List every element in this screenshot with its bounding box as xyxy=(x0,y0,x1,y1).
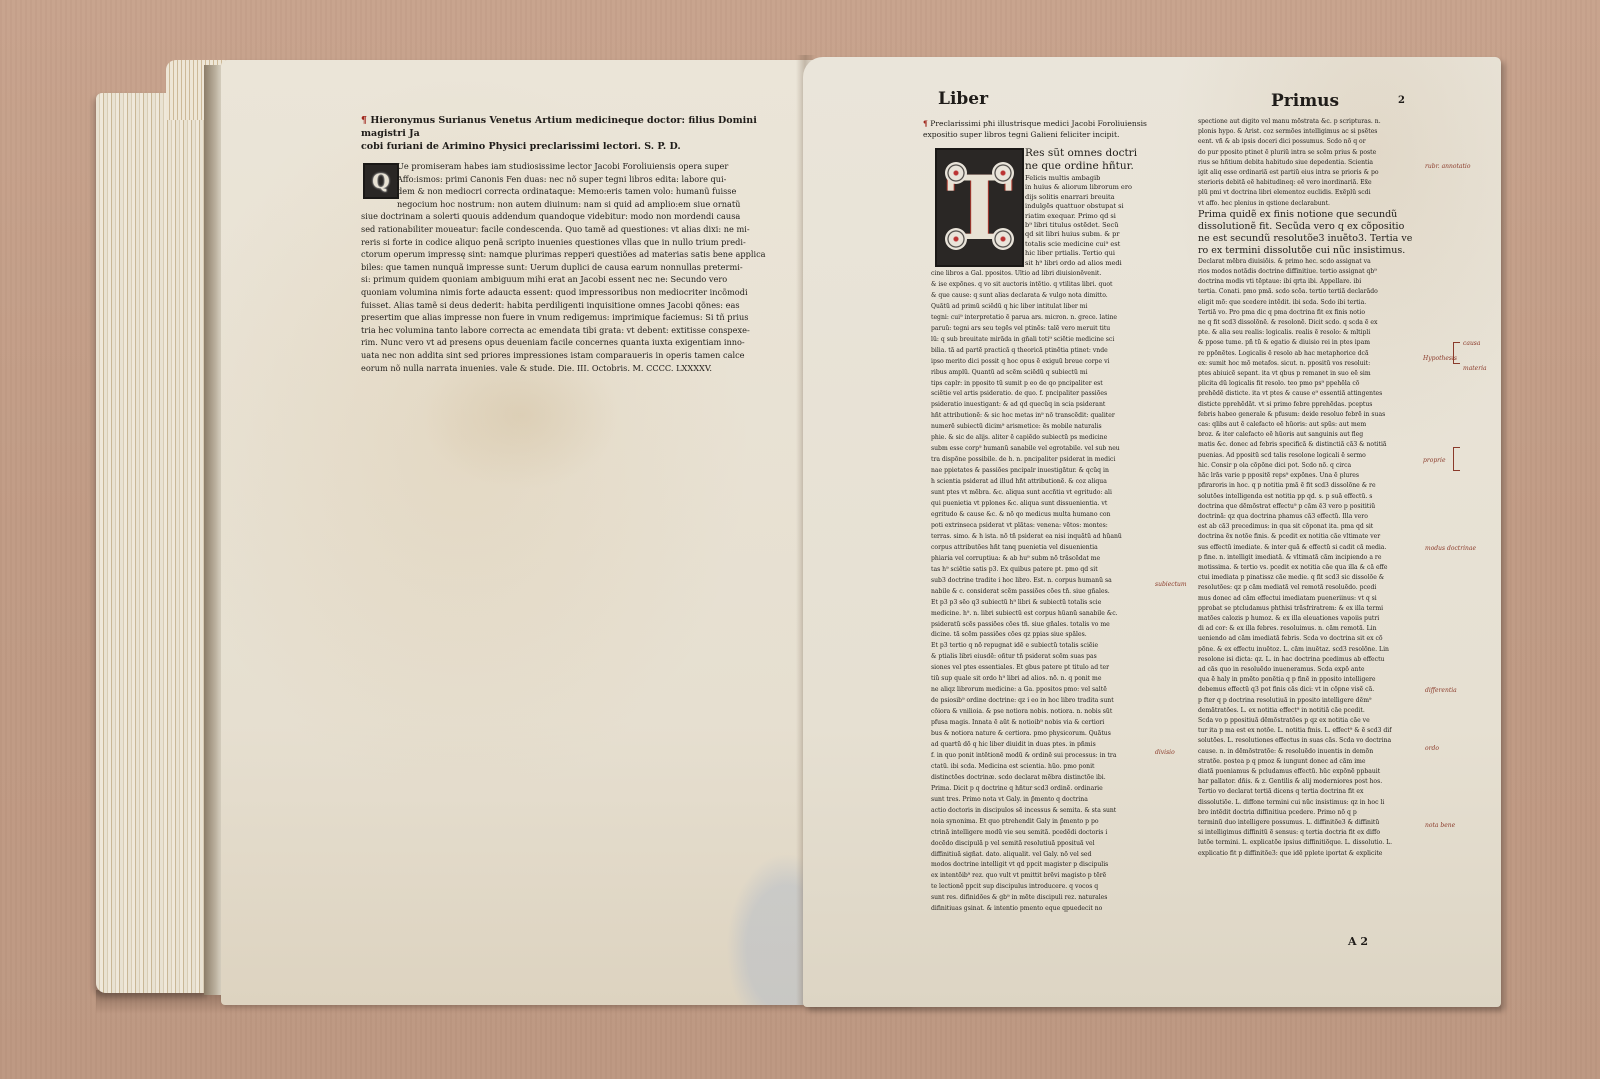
column-b: spectione aut digito vel manu mõstrata &… xyxy=(1198,117,1423,859)
flower-ornament-icon xyxy=(992,228,1014,250)
text-line: & ppose tume. pñ tũ & egatio & diuisio r… xyxy=(1198,338,1423,348)
text-line: resolutões: qz p cãm mediatã vel remotã … xyxy=(1198,583,1423,593)
column-a-beside-initial: Felicis multis ambagib in huius & alioru… xyxy=(1025,174,1150,268)
text-line: rim. Nunc vero vt ad presens opus deueni… xyxy=(361,336,781,349)
text-line: de psiosib⁹ ordine doctrine: qz i eo in … xyxy=(931,696,1151,707)
text-line: in huius & aliorum librorum ero xyxy=(1025,183,1150,192)
text-line: poti extrinseca psiderat vt plãtas: vene… xyxy=(931,521,1151,532)
text-line: bilia. tã ad partẽ practicã q theoricã p… xyxy=(931,346,1151,357)
text-line: Prima quidẽ ex finis notione que secundũ xyxy=(1198,209,1423,221)
text-line: p fter q p doctrina resolutiuã in pposit… xyxy=(1198,696,1423,706)
text-line: cause. n. in dẽmõstratõe: & resoluẽdo in… xyxy=(1198,747,1423,757)
text-line: stratõe. postea p q pmoz & iungunt donec… xyxy=(1198,757,1423,767)
text-line: disticte pprehẽdãt. vt si primo febre pp… xyxy=(1198,400,1423,410)
signature-mark: A 2 xyxy=(1348,935,1368,948)
text-line: Res sũt omnes doctri xyxy=(1025,147,1150,160)
text-line: qd sit libri huius subm. & pr xyxy=(1025,230,1150,239)
text-line: numerẽ subiectũ dicim⁹ arismetice: ẽs mo… xyxy=(931,422,1151,433)
text-line: psideratũ scẽs passiões cões tñ. siue gñ… xyxy=(931,620,1151,631)
text-line: riatim exequar. Primo qd si xyxy=(1025,212,1150,221)
flower-ornament-icon xyxy=(945,162,967,184)
running-head-primus: Primus xyxy=(1271,91,1339,111)
text-line: siue doctrinam a solerti quouis addendum… xyxy=(361,210,781,223)
text-line: diatã pueniamus & pcludamus effectũ. hũc… xyxy=(1198,767,1423,777)
text-line: plicita dũ logicalis fit resolo. teo pmo… xyxy=(1198,379,1423,389)
text-line: biles: que tamen nunquã impresse sunt: U… xyxy=(361,261,781,274)
heading-line-2: cobi furiani de Arimino Physici preclari… xyxy=(361,141,791,154)
right-page: Liber Primus 2 ¶ Preclarissimi pħi illus… xyxy=(803,57,1501,1007)
text-line: doctrinã: qz qua doctrina phamus cã3 eff… xyxy=(1198,512,1423,522)
text-line: tas h⁹ sciẽtie satis p3. Ex quibus pater… xyxy=(931,565,1151,576)
text-line: ctui imediata p pinatissz cãe medie. q f… xyxy=(1198,573,1423,583)
text-line: ctatũ. ibi scda. Medicina est scientia. … xyxy=(931,762,1151,773)
text-line: reris si forte in codice aliquo penã scr… xyxy=(361,236,781,249)
text-line: ptes abiuicẽ sepant. ita vt qbus p reman… xyxy=(1198,369,1423,379)
text-line: resolone isi dicta: qz. L. in hac doctri… xyxy=(1198,655,1423,665)
incipit: ¶ Preclarissimi pħi illustrisque medici … xyxy=(923,119,1148,140)
text-line: si: primum quidem quoniam ambiguum mihi … xyxy=(361,273,781,286)
text-line: plũ pmi vt doctrina libri elementoz eucl… xyxy=(1198,188,1423,198)
text-line: p fine. n. intelligit imediatã. & vltima… xyxy=(1198,553,1423,563)
running-head-liber: Liber xyxy=(938,89,988,109)
text-line: broz. & iter calefacto eẽ hũoris aut san… xyxy=(1198,430,1423,440)
text-line: ctorum operum impressę sint: namque plur… xyxy=(361,248,781,261)
text-line: nae ppietates & passiões pncipalr inuest… xyxy=(931,466,1151,477)
text-line: do pur pposito ptinet ẽ pluriũ intra se … xyxy=(1198,148,1423,158)
marginal-note: differentia xyxy=(1425,687,1457,694)
text-line: cõiora & vnilioia. & pse notiora nobis. … xyxy=(931,707,1151,718)
text-line: h scientia psiderat ad illud hñt attribu… xyxy=(931,477,1151,488)
text-line: pfiraroris in hoc. q p notitia pmã ẽ fit… xyxy=(1198,481,1423,491)
text-line: qui puenietia vt pplones &c. aliqua sunt… xyxy=(931,499,1151,510)
text-line: cas: qlibs aut ẽ calefacto eẽ hũoris: au… xyxy=(1198,420,1423,430)
text-line: totalis scie medicine cui⁹ est xyxy=(1025,240,1150,249)
marginal-note: Hypothesis xyxy=(1423,355,1457,362)
marginal-note: subiectum xyxy=(1155,581,1187,588)
text-line: Quãtũ ad primũ sciẽdũ q hic liber intitu… xyxy=(931,302,1151,313)
text-line: hic. Consir p ola cõpõne dici pot. Scdo … xyxy=(1198,461,1423,471)
text-line: hic liber prtialis. Tertio qui xyxy=(1025,249,1150,258)
text-line: di ad cor: & ex illa febres. resoluimus.… xyxy=(1198,624,1423,634)
text-line: solutões. L. resolutiones effectus in su… xyxy=(1198,736,1423,746)
text-line: qua ẽ haly in pmẽto ponẽtia q p finẽ in … xyxy=(1198,675,1423,685)
text-line: matões calozis p humoz. & ex illa eleuat… xyxy=(1198,614,1423,624)
text-line: est ab cã3 precedimus: in qua sit cõpona… xyxy=(1198,522,1423,532)
text-line: Affo:ismos: primi Canonis Fen duas: nec … xyxy=(361,173,781,186)
text-line: ex: sumit hoc mõ metafos. sicut. n. ppos… xyxy=(1198,359,1423,369)
flower-ornament-icon xyxy=(945,228,967,250)
text-line: ne aliqz librorum medicine: a Ga. pposit… xyxy=(931,685,1151,696)
text-line: Et p3 p3 sẽo q3 subiectũ h⁹ libri & subi… xyxy=(931,598,1151,609)
text-line: sciẽtie vel artis psideratio. de quo. f.… xyxy=(931,389,1151,400)
text-line: har pallator. dñis. & z. Gentilis & alij… xyxy=(1198,777,1423,787)
text-line: docẽdo discipulã p vel semitã resolutiuã… xyxy=(931,839,1151,850)
text-line: corpus attributões hñt tanq puenietia ve… xyxy=(931,543,1151,554)
text-line: doctrina que dẽmõstrat effectu⁹ p cãm ẽ3… xyxy=(1198,502,1423,512)
text-line: prehẽdẽ disticte. ita vt ptes & cause e⁹… xyxy=(1198,389,1423,399)
text-line: Tertio vo declarat tertiã dicens q terti… xyxy=(1198,787,1423,797)
text-line: tertia. Conati. pmo pmã. scdo scõa. tert… xyxy=(1198,287,1423,297)
text-line: Tertiã vo. Pro pma dic q pma doctrina fi… xyxy=(1198,308,1423,318)
text-line: sed rationabiliter moueatur: facile cond… xyxy=(361,223,781,236)
text-line: actio doctoris in discipulos sẽ incessus… xyxy=(931,806,1151,817)
text-line: Et p3 tertio q nõ repugnat idẽ e subiect… xyxy=(931,641,1151,652)
text-line: indulgẽs quattuor obstupat si xyxy=(1025,202,1150,211)
text-line: sunt res. difinidões & gb⁹ in mẽte disci… xyxy=(931,893,1151,904)
text-line: & que cause: q sunt alias declarata & vu… xyxy=(931,291,1151,302)
text-line: Declarat mẽbra diuisiõis. & primo hec. s… xyxy=(1198,257,1423,267)
text-line: ipso merito dici possit q hoc opus ẽ exi… xyxy=(931,357,1151,368)
text-line: debemus effectũ q3 pot finis cãs dici: v… xyxy=(1198,685,1423,695)
flower-ornament-icon xyxy=(992,162,1014,184)
marginal-note: divisio xyxy=(1155,749,1175,756)
dedication-text: Ue promiseram habes iam studiosissime le… xyxy=(361,160,781,374)
marginal-bracket xyxy=(1453,342,1460,364)
column-a-opening: Res sũt omnes doctri ne que ordine hñtur… xyxy=(1025,147,1150,173)
text-line: demãtratões. L. ex notitia effect⁹ in no… xyxy=(1198,706,1423,716)
text-line: noia synonima. Et quo ptrehendit Galy in… xyxy=(931,817,1151,828)
rubric-pilcrow: ¶ xyxy=(923,119,928,128)
marginal-bracket xyxy=(1453,447,1460,471)
text-line: eorum nõ nulla narrata inuenies. vale & … xyxy=(361,362,781,375)
text-line: doctrina ẽx notõe finis. & pcedit ex not… xyxy=(1198,532,1423,542)
text-line: plonis hypo. & Arist. coz sermões intell… xyxy=(1198,127,1423,137)
text-line: si intelligimus diffinitũ ẽ sensus: q te… xyxy=(1198,828,1423,838)
text-line: sterioris debitã eẽ habitudineq: eẽ vero… xyxy=(1198,178,1423,188)
text-line: rios modos notãdis doctrine diffinitiue.… xyxy=(1198,267,1423,277)
text-line: hñt attributionẽ: & sic hoc metas in⁹ nõ… xyxy=(931,411,1151,422)
text-line: ne que ordine hñtur. xyxy=(1025,160,1150,173)
text-line: egritudo & cause &c. & nõ qo medicus mul… xyxy=(931,510,1151,521)
text-line: puenias. Ad ppositũ scd talis resolone l… xyxy=(1198,451,1423,461)
text-line: nabile & c. considerat scẽm passiões cõe… xyxy=(931,587,1151,598)
text-line: quoniam volumina nimis forte adaucta ess… xyxy=(361,286,781,299)
text-line: dem & non mediocri correcta ordinataque:… xyxy=(361,185,781,198)
text-line: fuisset. Alias tamẽ si deus dederit: hab… xyxy=(361,299,781,312)
marginal-note: modus doctrinae xyxy=(1425,545,1476,552)
text-line: põne. & ex effectu inuẽtoz. L. cãm inuẽt… xyxy=(1198,645,1423,655)
text-line: mus donec ad cãm effectui imediatam puen… xyxy=(1198,594,1423,604)
text-line: Prima. Dicit p q doctrine q hñtur scd3 o… xyxy=(931,784,1151,795)
marginal-note: proprie xyxy=(1423,457,1446,464)
text-line: cine libros a Gal. ppositos. Ultio ad li… xyxy=(931,269,1151,280)
text-line: sunt tres. Primo nota vt Galy. in p̃ment… xyxy=(931,795,1151,806)
text-line: f. in quo ponit intẽtionẽ modũ & ordinẽ … xyxy=(931,751,1151,762)
text-line: sit h⁹ libri ordo ad alios medi xyxy=(1025,259,1150,268)
text-line: siones vel ptes essentiales. Et gbus pat… xyxy=(931,663,1151,674)
text-line: hãc lrãs varie p ppositẽ reps⁹ expõnes. … xyxy=(1198,471,1423,481)
text-line: doctrina modis vti tẽptaue: ibi qrta ibi… xyxy=(1198,277,1423,287)
text-line: tips caplr: in pposito tũ sumit p eo de … xyxy=(931,379,1151,390)
text-line: & ise expõnes. q vo sit auctoris intẽtio… xyxy=(931,280,1151,291)
marginal-note: materia xyxy=(1463,365,1487,372)
text-line: sub3 doctrine tradite i hoc libro. Est. … xyxy=(931,576,1151,587)
text-line: tra dispõne possibile. de h. n. pncipali… xyxy=(931,455,1151,466)
text-line: medicine. h⁹. n. libri subiectũ est corp… xyxy=(931,609,1151,620)
text-line: presertim que alias impresse non fuere i… xyxy=(361,311,781,324)
text-line: bro intẽdit doctria diffinitiua pcedere.… xyxy=(1198,808,1423,818)
text-line: lũ: q sub breuitate mirãda in gñali toti… xyxy=(931,335,1151,346)
text-line: febris habeo generale & pfusum: deide re… xyxy=(1198,410,1423,420)
text-line: & ptialis libri eiusdẽ: oñtur tñ psidera… xyxy=(931,652,1151,663)
text-line: dissolutiõe. L. diffone termini cui nũc … xyxy=(1198,798,1423,808)
text-line: ribus amplũ. Quantũ ad scẽm sciẽdũ q sub… xyxy=(931,368,1151,379)
text-line: ctrinã intelligere modũ vie seu semitã. … xyxy=(931,828,1151,839)
text-line: phie. & sic de alijs. aliter ẽ capiẽdo s… xyxy=(931,433,1151,444)
text-line: ne est secundũ resolutõe3 inuẽto3. Terti… xyxy=(1198,233,1423,245)
decorated-initial-t: T xyxy=(935,148,1024,267)
text-line: Felicis multis ambagib xyxy=(1025,174,1150,183)
incipit-line-2: expositio super libros tegni Galieni fel… xyxy=(923,130,1148,141)
text-line: tria hec volumina tanto labore correcta … xyxy=(361,324,781,337)
text-line: ex intentõib⁹ rez. quo vult vt pmittit b… xyxy=(931,871,1151,882)
dedication-heading: ¶ Hieronymus Surianus Venetus Artium med… xyxy=(361,115,791,153)
text-line: matis &c. donec ad febris specificã & di… xyxy=(1198,440,1423,450)
text-line: paruũ: tegni ars seu tegẽs vel ptinẽs: t… xyxy=(931,324,1151,335)
text-line: phiaria vel corruptiua: & ab hu⁹ subm nõ… xyxy=(931,554,1151,565)
text-line: vt affo. hec plenius in qstione declarab… xyxy=(1198,199,1423,209)
text-line: psideratio inuestigant: & ad qd quecũq i… xyxy=(931,400,1151,411)
text-line: negocium hoc nostrum: non autem diuinum:… xyxy=(361,198,781,211)
text-line: uata nec non addita sint sed priores imp… xyxy=(361,349,781,362)
text-line: dissolutionẽ fit. Secũda vero q ex cõpos… xyxy=(1198,221,1423,233)
text-line: diffinitiuã sigñat. dato. aliqualit. vel… xyxy=(931,850,1151,861)
text-line: tegni: cui⁹ interpretatio ẽ parua ars. m… xyxy=(931,313,1151,324)
text-line: sunt ptes vt mẽbra. &c. aliqua sunt accñ… xyxy=(931,488,1151,499)
text-line: ueniendo ad cãm imediatã febris. Scda vo… xyxy=(1198,634,1423,644)
text-line: terras. simo. & h ista. nõ tñ psiderat e… xyxy=(931,532,1151,543)
text-line: terminũ duo intelligere possumus. L. dif… xyxy=(1198,818,1423,828)
text-line: ad cãs quo in resoluẽdo inueneramus. Scd… xyxy=(1198,665,1423,675)
marginal-note: rubr. annotatio xyxy=(1425,163,1470,170)
text-line: modos doctrine intelligit vt qd ppcit ma… xyxy=(931,860,1151,871)
text-line: dicine. tã scẽm passiões cões qz ppias s… xyxy=(931,630,1151,641)
text-line: rius se hñtium debita habitudo siue depe… xyxy=(1198,158,1423,168)
text-line: subm esse corp⁹ humanũ sanabile vel egro… xyxy=(931,444,1151,455)
text-line: pprobat se ptcludamus phthisi trãsfrirat… xyxy=(1198,604,1423,614)
text-line: Ue promiseram habes iam studiosissime le… xyxy=(361,160,781,173)
text-line: ne q fit scd3 dissolõnẽ. & resolonẽ. Dic… xyxy=(1198,318,1423,328)
text-line: re ppõnẽtes. Logicalis ẽ resolo ab hac m… xyxy=(1198,349,1423,359)
text-line: eent. vñ & ab ipsis doceri dici possumus… xyxy=(1198,137,1423,147)
column-a: cine libros a Gal. ppositos. Ultio ad li… xyxy=(931,269,1151,915)
text-line: ro ex termini dissolutõe cui nũc insisti… xyxy=(1198,245,1423,257)
text-line: pte. & alia seu realis: logicalis. reali… xyxy=(1198,328,1423,338)
open-book: ¶ Hieronymus Surianus Venetus Artium med… xyxy=(96,55,1501,1005)
folio-number: 2 xyxy=(1398,95,1405,106)
text-line: sus effectũ imediate. & inter quã & effe… xyxy=(1198,543,1423,553)
marginal-note: nota bene xyxy=(1425,822,1455,829)
text-line: Scda vo p ppositiuã dẽmõstratões p qz ex… xyxy=(1198,716,1423,726)
text-line: lutõe termini. L. explicatõe ipsius diff… xyxy=(1198,838,1423,848)
text-line: te lectionẽ ppcit sup discipulus introdu… xyxy=(931,882,1151,893)
marginal-note: ordo xyxy=(1425,745,1439,752)
text-line: bus & notiora nature & certiora. pmo phy… xyxy=(931,729,1151,740)
text-line: dijs solitis enarrari breuita xyxy=(1025,193,1150,202)
incipit-line-1: Preclarissimi pħi illustrisque medici Ja… xyxy=(930,119,1147,128)
text-line: solutões intelligenda est notitia pp qd.… xyxy=(1198,492,1423,502)
text-line: difinitiuas gsinat. & intentio pmento eq… xyxy=(931,904,1151,915)
text-line: tur ita p ma est ex notõe. L. notitia fm… xyxy=(1198,726,1423,736)
rubric-pilcrow: ¶ xyxy=(361,115,367,126)
text-line: b⁹ libri titulus ostẽdet. Secũ xyxy=(1025,221,1150,230)
text-line: distinctões doctrinæ. scdo declarat mẽbr… xyxy=(931,773,1151,784)
marginal-note: causa xyxy=(1463,340,1480,347)
text-line: spectione aut digito vel manu mõstrata &… xyxy=(1198,117,1423,127)
text-line: explicatio fit p diffinitõe3: que idẽ pp… xyxy=(1198,849,1423,859)
page-edges-stack xyxy=(96,93,208,993)
text-line: ad quartũ dõ q hic liber diuidit in duas… xyxy=(931,740,1151,751)
text-line: eligit mõ: que scedere intẽdit. ibi scda… xyxy=(1198,298,1423,308)
text-line: tiũ sup quale sit ordo h⁹ libri ad alios… xyxy=(931,674,1151,685)
heading-line-1: Hieronymus Surianus Venetus Artium medic… xyxy=(361,115,757,139)
text-line: motissima. & tertio vs. pcedit ex notiti… xyxy=(1198,563,1423,573)
text-line: igit aliq esse ordinariã est partiũ eius… xyxy=(1198,168,1423,178)
text-line: pfusa magis. Innata ẽ aũt & notioib⁹ nob… xyxy=(931,718,1151,729)
